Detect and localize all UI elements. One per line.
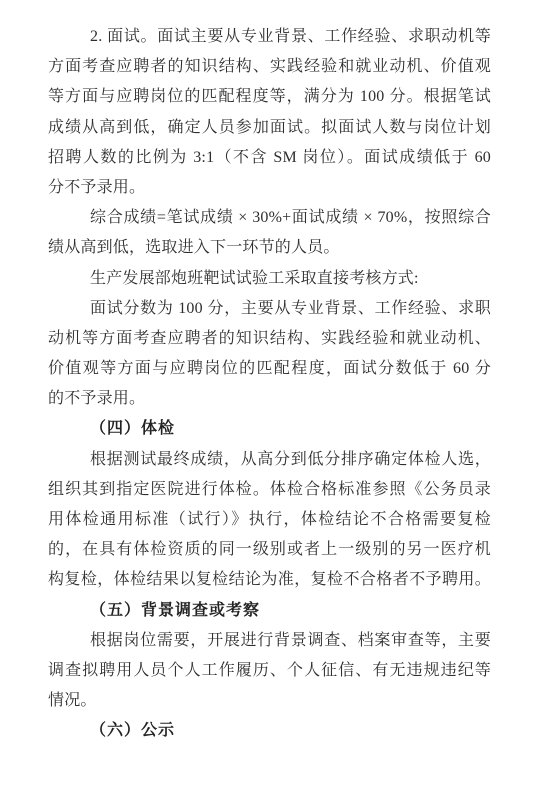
doc-line: 生产发展部炮班靶试试验工采取直接考核方式: bbox=[48, 264, 491, 294]
document-text-column: 2. 面试。面试主要从专业背景、工作经验、求职动机等 方面考查应聘者的知识结构、… bbox=[48, 22, 491, 747]
doc-line: （六）公示 bbox=[48, 716, 491, 746]
paragraph-background-check: 根据岗位需要，开展进行背景调查、档案审查等，主要 调查拟聘用人员个人工作履历、个… bbox=[48, 626, 491, 717]
doc-line: 根据测试最终成绩，从高分到低分排序确定体检人选， bbox=[48, 445, 491, 475]
doc-line: 的，在具有体检资质的同一级别或者上一级别的另一医疗机 bbox=[48, 535, 491, 565]
doc-line: 根据岗位需要，开展进行背景调查、档案审查等，主要 bbox=[48, 626, 491, 656]
doc-line: 动机等方面考查应聘者的知识结构、实践经验和就业动机、 bbox=[48, 324, 491, 354]
doc-line: 分不予录用。 bbox=[48, 173, 491, 203]
doc-line: 构复检，体检结果以复检结论为准，复检不合格者不予聘用。 bbox=[48, 565, 491, 595]
doc-line: 综合成绩=笔试成绩 × 30%+面试成绩 × 70%，按照综合成 bbox=[48, 203, 491, 233]
doc-line: （五）背景调查或考察 bbox=[48, 596, 491, 626]
doc-line: 情况。 bbox=[48, 686, 491, 716]
paragraph-interview-score: 面试分数为 100 分，主要从专业背景、工作经验、求职 动机等方面考查应聘者的知… bbox=[48, 294, 491, 415]
paragraph-composite-score: 综合成绩=笔试成绩 × 30%+面试成绩 × 70%，按照综合成 绩从高到低，选… bbox=[48, 203, 491, 263]
doc-line: 等方面与应聘岗位的匹配程度等，满分为 100 分。根据笔试 bbox=[48, 82, 491, 112]
doc-line: 方面考查应聘者的知识结构、实践经验和就业动机、价值观 bbox=[48, 52, 491, 82]
paragraph-direct-assessment: 生产发展部炮班靶试试验工采取直接考核方式: bbox=[48, 264, 491, 294]
doc-line: 用体检通用标准（试行）》执行，体检结论不合格需要复检 bbox=[48, 505, 491, 535]
doc-line: 绩从高到低，选取进入下一环节的人员。 bbox=[48, 233, 491, 263]
doc-line: 招聘人数的比例为 3:1（不含 SM 岗位）。面试成绩低于 60 bbox=[48, 143, 491, 173]
doc-line: 价值观等方面与应聘岗位的匹配程度，面试分数低于 60 分 bbox=[48, 354, 491, 384]
paragraph-physical-exam: 根据测试最终成绩，从高分到低分排序确定体检人选， 组织其到指定医院进行体检。体检… bbox=[48, 445, 491, 596]
heading-background-check: （五）背景调查或考察 bbox=[48, 596, 491, 626]
doc-line: （四）体检 bbox=[48, 414, 491, 444]
doc-line: 调查拟聘用人员个人工作履历、个人征信、有无违规违纪等 bbox=[48, 656, 491, 686]
doc-line: 成绩从高到低，确定人员参加面试。拟面试人数与岗位计划 bbox=[48, 113, 491, 143]
doc-line: 组织其到指定医院进行体检。体检合格标准参照《公务员录 bbox=[48, 475, 491, 505]
doc-line: 2. 面试。面试主要从专业背景、工作经验、求职动机等 bbox=[48, 22, 491, 52]
heading-physical-exam: （四）体检 bbox=[48, 414, 491, 444]
doc-line: 面试分数为 100 分，主要从专业背景、工作经验、求职 bbox=[48, 294, 491, 324]
doc-line: 的不予录用。 bbox=[48, 384, 491, 414]
document-page: 2. 面试。面试主要从专业背景、工作经验、求职动机等 方面考查应聘者的知识结构、… bbox=[0, 0, 539, 795]
heading-public-notice: （六）公示 bbox=[48, 716, 491, 746]
paragraph-interview: 2. 面试。面试主要从专业背景、工作经验、求职动机等 方面考查应聘者的知识结构、… bbox=[48, 22, 491, 203]
